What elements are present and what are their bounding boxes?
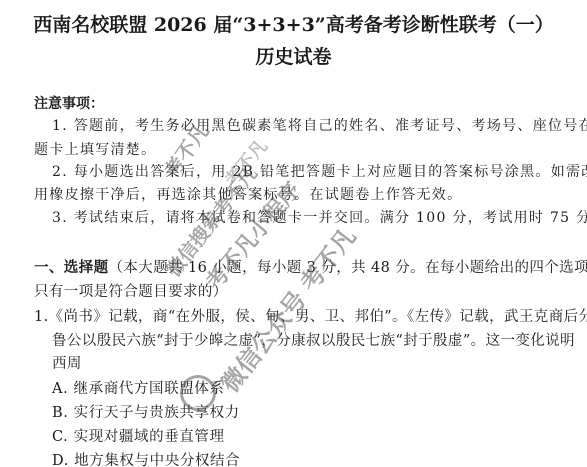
section-heading-bold: 一、选择题: [34, 260, 109, 276]
exam-page: 西南名校联盟 2026 届“3+3+3”高考备考诊断性联考（一） 历史试卷 注意…: [0, 0, 587, 467]
exam-title: 西南名校联盟 2026 届“3+3+3”高考备考诊断性联考（一）: [0, 10, 587, 37]
question-1-option-c: C. 实现对疆域的垂直管理: [52, 428, 225, 446]
notice-item-2-line2: 用橡皮擦干净后，再选涂其他答案标号。在试题卷上作答无效。: [34, 186, 462, 204]
section-heading: 一、选择题（本大题共 16 小题，每小题 3 分，共 48 分。在每小题给出的四…: [34, 259, 587, 277]
notice-item-1-line2: 题卡上填写清楚。: [34, 141, 156, 159]
question-1-stem-line2: 鲁公以殷民六族“封于少皞之虚”，分康叔以殷民七族“封于殷虚”。这一变化说明: [52, 332, 575, 350]
section-heading-line2: 只有一项是符合题目要求的）: [34, 283, 228, 301]
notice-item-1-line1: 1. 答题前，考生务必用黑色碳素笔将自己的姓名、准考证号、考场号、座位号在答: [52, 117, 587, 135]
notice-item-2-line1: 2. 每小题选出答案后，用 2B 铅笔把答题卡上对应题目的答案标号涂黑。如需改动…: [52, 163, 587, 181]
notice-heading: 注意事项：: [34, 95, 104, 113]
section-heading-rest: （本大题共 16 小题，每小题 3 分，共 48 分。在每小题给出的四个选项中，: [109, 260, 587, 276]
question-1-option-d: D. 地方集权与中央分权结合: [52, 452, 240, 467]
notice-item-3-line1: 3. 考试结束后，请将本试卷和答题卡一并交回。满分 100 分，考试用时 75 …: [52, 209, 587, 227]
question-1-option-b: B. 实行天子与贵族共享权力: [52, 404, 240, 422]
question-1-stem-line1: 1.《尚书》记载，商“在外服，侯、甸、男、卫、邦伯”。《左传》记载，武王克商后分: [34, 308, 587, 326]
exam-subject-title: 历史试卷: [0, 42, 587, 69]
question-1-stem-line3: 西周: [52, 355, 82, 373]
question-1-option-a: A. 继承商代方国联盟体系: [52, 380, 225, 398]
